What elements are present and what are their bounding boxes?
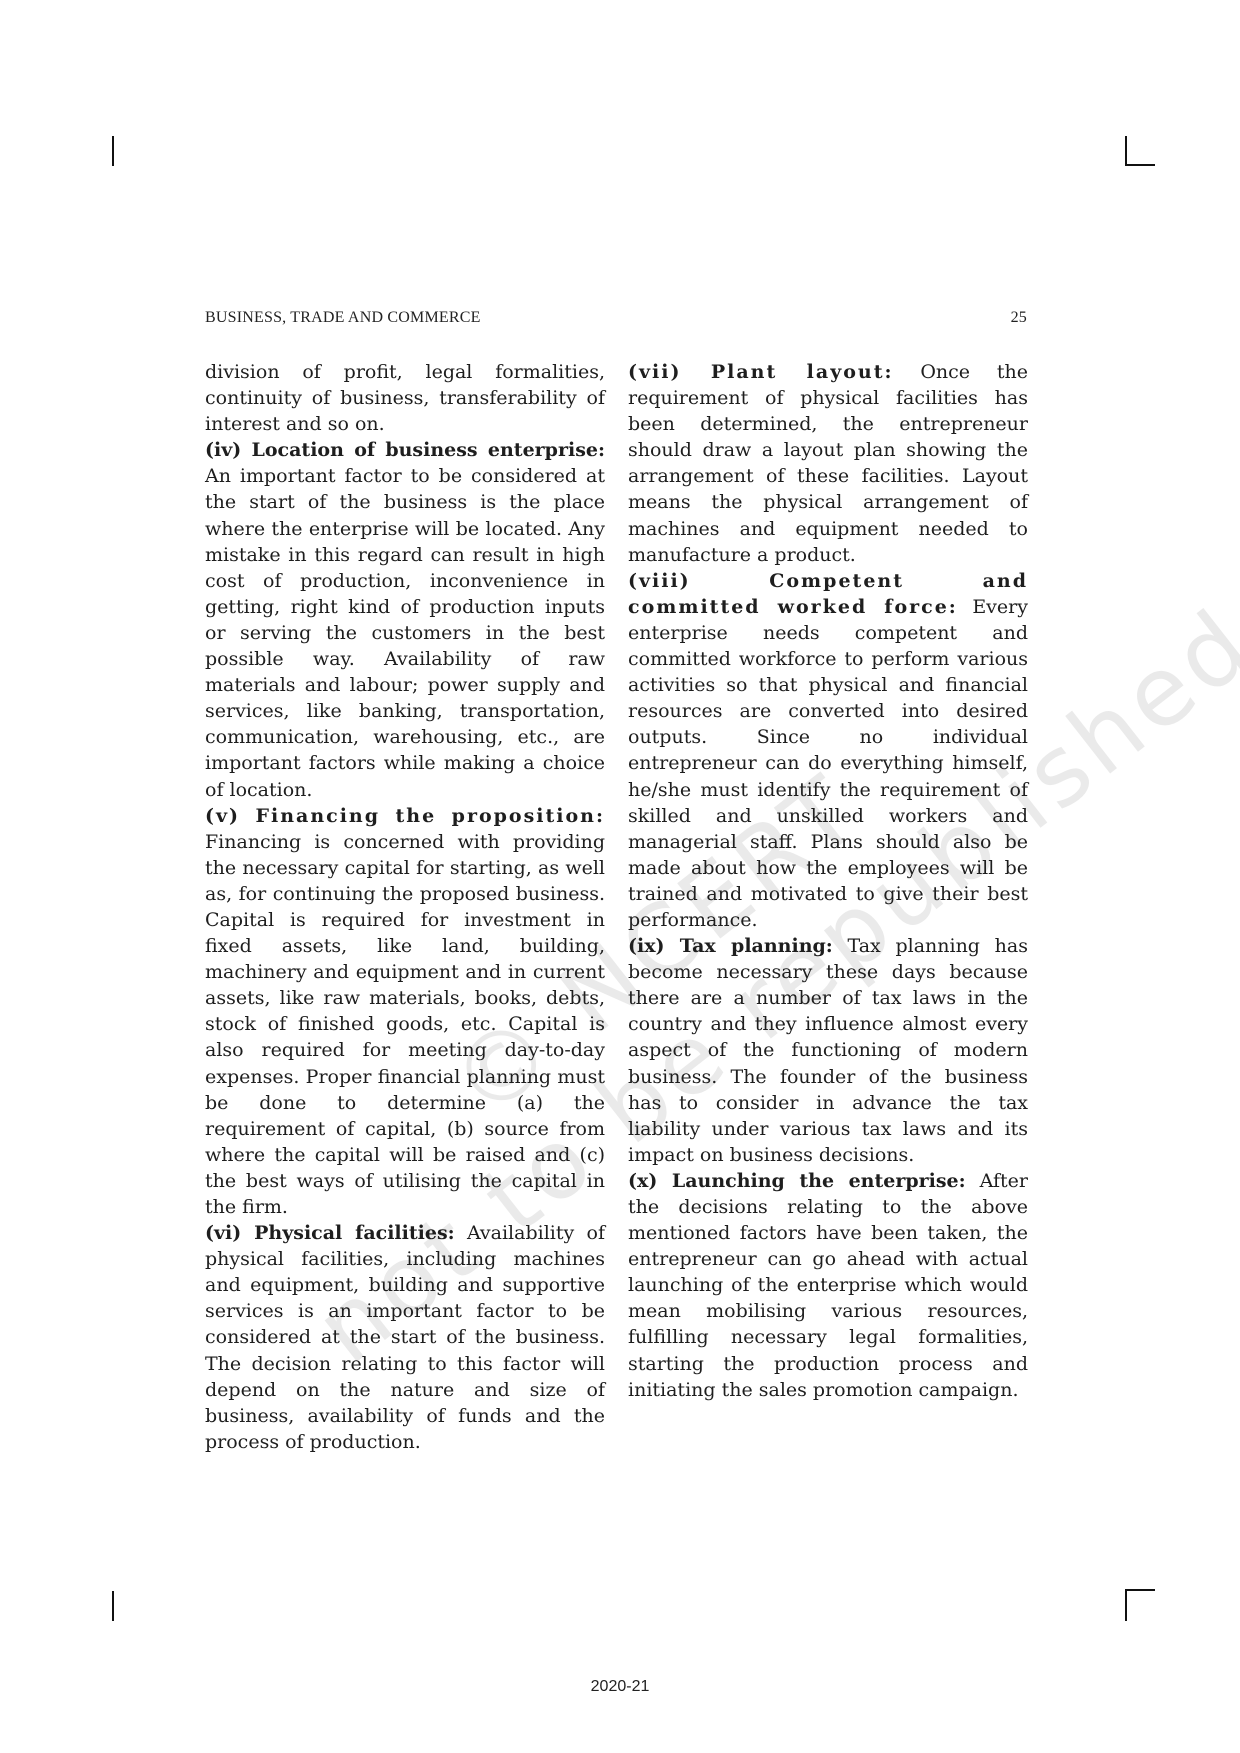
paragraph-text: After the decisions relating to the abov…: [628, 1170, 1028, 1401]
section-heading: (v) Financing the proposition:: [205, 805, 605, 827]
footer-year: 2020-21: [0, 1678, 1240, 1696]
section-heading: (vi) Physical facilities:: [205, 1222, 455, 1244]
page-header: BUSINESS, TRADE AND COMMERCE 25: [205, 309, 1027, 333]
paragraph-financing: (v) Financing the proposition: Financing…: [205, 803, 605, 1221]
left-column: division of profit, legal formalities, c…: [205, 359, 605, 1455]
paragraph-workforce: (viii) Competent and committed worked fo…: [628, 568, 1028, 933]
section-heading: (x) Launching the enterprise:: [628, 1170, 966, 1192]
paragraph-text: Every enterprise needs competent and com…: [628, 596, 1028, 931]
crop-mark-top-right-vertical: [1125, 136, 1127, 166]
crop-mark-bottom-left: [112, 1591, 114, 1621]
paragraph-continuation: division of profit, legal formalities, c…: [205, 359, 605, 437]
section-heading: (iv) Location of business enterprise:: [205, 439, 605, 461]
paragraph-physical-facilities: (vi) Physical facilities: Availability o…: [205, 1220, 605, 1455]
paragraph-text: An important factor to be considered at …: [205, 465, 605, 800]
section-heading: (vii) Plant layout:: [628, 361, 894, 383]
paragraph-text: Tax planning has become necessary these …: [628, 935, 1028, 1166]
paragraph-location-of-business: (iv) Location of business enterprise: An…: [205, 437, 605, 802]
crop-mark-bottom-right-horizontal: [1125, 1589, 1155, 1591]
crop-mark-bottom-right-vertical: [1125, 1589, 1127, 1621]
paragraph-tax-planning: (ix) Tax planning: Tax planning has beco…: [628, 933, 1028, 1168]
paragraph-text: Availability of physical facilities, inc…: [205, 1222, 605, 1453]
paragraph-text: Financing is concerned with providing th…: [205, 831, 605, 1218]
crop-mark-top-left: [112, 136, 114, 166]
page-number: 25: [1011, 309, 1027, 327]
paragraph-launching: (x) Launching the enterprise: After the …: [628, 1168, 1028, 1403]
crop-mark-top-right-horizontal: [1125, 164, 1155, 166]
right-column: (vii) Plant layout: Once the requirement…: [628, 359, 1028, 1403]
section-heading: (ix) Tax planning:: [628, 935, 833, 957]
running-title: BUSINESS, TRADE AND COMMERCE: [205, 309, 481, 327]
paragraph-plant-layout: (vii) Plant layout: Once the requirement…: [628, 359, 1028, 568]
paragraph-text: Once the requirement of physical facilit…: [628, 361, 1028, 566]
paragraph-text: division of profit, legal formalities, c…: [205, 361, 605, 435]
